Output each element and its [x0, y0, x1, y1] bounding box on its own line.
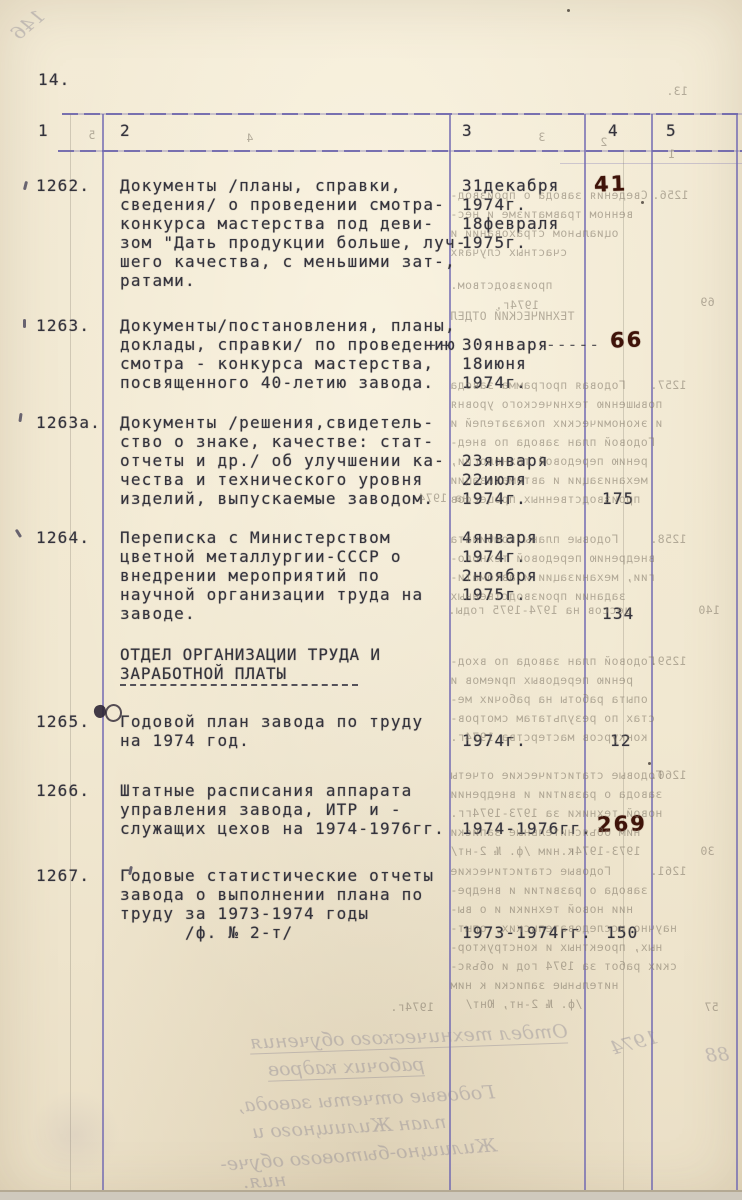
- description-line: изделий, выпускаемые заводом.: [120, 489, 445, 508]
- pen-tick-mark: [23, 319, 26, 328]
- bleedthrough-text: стах по результатам смотров-: [450, 709, 655, 728]
- bleedthrough-text: новой техники за 1973-1974гг.: [450, 804, 662, 823]
- column-rule-1: [102, 114, 104, 1200]
- bleedthrough-text: ских работ за 1974 год и объяс-: [450, 957, 677, 976]
- description-line: /ф. № 2-т/: [120, 923, 434, 942]
- bleedthrough-text: счастных случаях: [450, 243, 567, 262]
- bleedthrough-text: 1256.: [652, 186, 689, 205]
- description-line: чества и технического уровня: [120, 470, 445, 489]
- column-header: 5: [666, 121, 677, 140]
- description-line: Документы /решения,свидетель-: [120, 413, 445, 432]
- bleedthrough-handwriting: Годовые отчеты завода,: [238, 1081, 496, 1116]
- bleedthrough-text: механизации и автоматизации: [450, 471, 648, 490]
- bleedthrough-text: к ним /ф. № 2-нт/: [450, 842, 575, 861]
- bleedthrough-handwriting: Отдел технического обучения: [250, 1020, 568, 1054]
- ink-speck: [648, 762, 651, 765]
- bleedthrough-text: 1: [668, 145, 675, 164]
- description-line: Штатные расписания аппарата: [120, 781, 445, 800]
- description-line: шего качества, с меньшими зат-,: [120, 252, 467, 271]
- bleedthrough-text: 30: [700, 842, 715, 861]
- bleedthrough-rule-v1: [70, 114, 71, 1200]
- bleedthrough-text: 140: [698, 601, 720, 620]
- bleedthrough-text: Годовая программа завода: [450, 376, 626, 395]
- bleedthrough-handwriting: рабочих кадров: [268, 1053, 425, 1081]
- bleedthrough-text: рению передовой технологии,: [450, 452, 648, 471]
- ink-blot: [94, 703, 120, 720]
- bleedthrough-text: завода о развитии и внедре-: [450, 881, 648, 900]
- section-underline: [120, 684, 358, 686]
- description-line: отчеты и др./ об улучшении ка-: [120, 451, 445, 470]
- row-description: Годовые статистические отчетызавода о вы…: [120, 866, 434, 942]
- bleedthrough-text: оциальном страховании и: [450, 224, 618, 243]
- bleedthrough-text: 1259.: [650, 652, 687, 671]
- bleedthrough-text: 4: [246, 129, 253, 148]
- description-line: зом "Дать продукции больше, луч-: [120, 233, 467, 252]
- bleedthrough-handwriting: 146: [7, 5, 49, 45]
- description-line: управления завода, ИТР и -: [120, 800, 445, 819]
- description-line: смотра - конкурса мастерства,: [120, 354, 456, 373]
- row-sheet-count: 66: [610, 327, 644, 352]
- bleedthrough-text: ных, проектных и конструктор-: [450, 938, 662, 957]
- row-description: Документы/постановления, планы,доклады, …: [120, 316, 456, 392]
- column-header: 2: [120, 121, 131, 140]
- bleedthrough-text: 69: [700, 293, 715, 312]
- bleedthrough-text: Годовые планы комбината: [450, 530, 618, 549]
- bleedthrough-text: Годовые статистические отчеты: [450, 766, 662, 785]
- bleedthrough-text: 57: [704, 998, 719, 1017]
- description-line: конкурса мастерства под деви-: [120, 214, 467, 233]
- bleedthrough-text: производством.: [450, 276, 553, 295]
- bleedthrough-text: Годовой план завода по вход-: [450, 652, 655, 671]
- column-header: 3: [462, 121, 473, 140]
- row-number: 1266.: [36, 781, 90, 800]
- bleedthrough-text: нии новой техники и о вы-: [450, 900, 633, 919]
- row-number: 1265.: [36, 712, 90, 731]
- date-line: 18июня: [462, 354, 549, 373]
- description-line: сведения/ о проведении смотра-: [120, 195, 467, 214]
- bleedthrough-text: опыта работы на рабочих ме-: [450, 690, 648, 709]
- bleedthrough-text: 1261.: [650, 862, 687, 881]
- description-line: Годовой план завода по труду: [120, 712, 423, 731]
- section-header-line: ОТДЕЛ ОРГАНИЗАЦИИ ТРУДА И: [120, 645, 381, 664]
- description-line: Переписка с Министерством: [120, 528, 423, 547]
- row-description: Годовой план завода по трудуна 1974 год.: [120, 712, 423, 750]
- date-line: 30января: [462, 335, 549, 354]
- bleedthrough-text: на 1974: [418, 489, 469, 508]
- bleedthrough-text: конкурсов мастерства 1974г.: [450, 728, 648, 747]
- section-header-line: ЗАРАБОТНОЙ ПЛАТЫ: [120, 664, 287, 683]
- column-header: 1: [38, 121, 49, 140]
- ink-speck: [641, 201, 644, 204]
- description-line: заводе.: [120, 604, 423, 623]
- description-line: цветной металлургии-СССР о: [120, 547, 423, 566]
- row-description: Документы /планы, справки,сведения/ о пр…: [120, 176, 467, 290]
- description-line: Документы /планы, справки,: [120, 176, 467, 195]
- bleedthrough-text: повышению технического уровня: [450, 395, 662, 414]
- bleedthrough-text: рению передовых приемов и: [450, 671, 633, 690]
- bleedthrough-text: 3: [538, 128, 545, 147]
- description-line: ратами.: [120, 271, 467, 290]
- row-number: 1267.: [36, 866, 90, 885]
- bleedthrough-text: ним объяснительные записки: [450, 823, 640, 842]
- row-number: 1264.: [36, 528, 90, 547]
- bleedthrough-text: цессов на 1974-1975 годы.: [448, 601, 631, 620]
- bleedthrough-text: 1973-1974г.: [560, 842, 641, 861]
- bleedthrough-text: ТЕХНИЧЕСКИЙ ОТДЕЛ: [450, 307, 575, 326]
- description-line: труду за 1973-1974 годы: [120, 904, 434, 923]
- column-header: 4: [608, 121, 619, 140]
- bleedthrough-text: 1258.: [650, 530, 687, 549]
- bleedthrough-text: Годовые статистические: [450, 862, 611, 881]
- description-line: научной организации труда на: [120, 585, 423, 604]
- bleedthrough-text: завода о развитии и внедрении: [450, 785, 662, 804]
- row-description: Штатные расписания аппаратауправления за…: [120, 781, 445, 838]
- bleedthrough-text: гии, механизации и автомати-: [450, 568, 655, 587]
- description-line: внедрении мероприятий по: [120, 566, 423, 585]
- page-number: 14.: [38, 70, 71, 89]
- table-header-bottom-rule: [58, 150, 742, 152]
- row-number: 1263а.: [36, 413, 101, 432]
- pen-tick-mark: [23, 181, 28, 190]
- bleedthrough-text: 1257.: [650, 376, 687, 395]
- row-description: Документы /решения,свидетель-ство о знак…: [120, 413, 445, 508]
- table-header-top-rule: [62, 113, 742, 115]
- description-line: доклады, справки/ по проведению: [120, 335, 456, 354]
- bleedthrough-text: Годовой план завода по внед-: [450, 433, 655, 452]
- row-number: 1263.: [36, 316, 90, 335]
- row-number: 1262.: [36, 176, 90, 195]
- bleedthrough-text: и экономических показателей и: [450, 414, 662, 433]
- pen-tick-mark: [18, 413, 22, 422]
- bleedthrough-handwriting: 88: [704, 1043, 730, 1067]
- description-line: Годовые статистические отчеты: [120, 866, 434, 885]
- description-line: Документы/постановления, планы,: [120, 316, 456, 335]
- bleedthrough-text: 2: [600, 133, 607, 152]
- bleedthrough-text: производственных процессов: [450, 490, 640, 509]
- bleedthrough-text: /ф. № 2-нт, Юнт/: [465, 995, 582, 1014]
- bleedthrough-handwriting: план Жилищного и: [252, 1111, 447, 1143]
- typed-dash-leader: --: [428, 335, 450, 354]
- smudge: [30, 1090, 120, 1180]
- description-line: служащих цехов на 1974-1976гг.: [120, 819, 445, 838]
- description-line: ство о знаке, качестве: стат-: [120, 432, 445, 451]
- row-description: Переписка с Министерствомцветной металлу…: [120, 528, 423, 623]
- scanned-archive-page: 14. 12345 1262.Документы /планы, справки…: [0, 0, 742, 1200]
- description-line: завода о выполнении плана по: [120, 885, 434, 904]
- ink-speck: [567, 9, 570, 12]
- bleedthrough-text: 5: [88, 126, 95, 145]
- pen-tick-mark: [15, 529, 22, 538]
- description-line: на 1974 год.: [120, 731, 423, 750]
- bleedthrough-text: внедрению передовой техноло-: [450, 549, 655, 568]
- bleedthrough-text: 1974г.: [390, 998, 434, 1017]
- bleedthrough-text: научно-исследовательских, опыт-: [450, 919, 677, 938]
- page-bottom-edge: [0, 1190, 742, 1200]
- column-rule-5: [736, 114, 738, 1200]
- bleedthrough-text: венном травматизме и нес-: [450, 205, 633, 224]
- bleedthrough-text: нительные записки к ним: [450, 976, 618, 995]
- bleedthrough-text: 13.: [666, 82, 688, 101]
- bleedthrough-text: Сведения завода о производ-: [450, 186, 648, 205]
- description-line: посвященного 40-летию завода.: [120, 373, 456, 392]
- typed-dash-leader: -----: [546, 335, 600, 354]
